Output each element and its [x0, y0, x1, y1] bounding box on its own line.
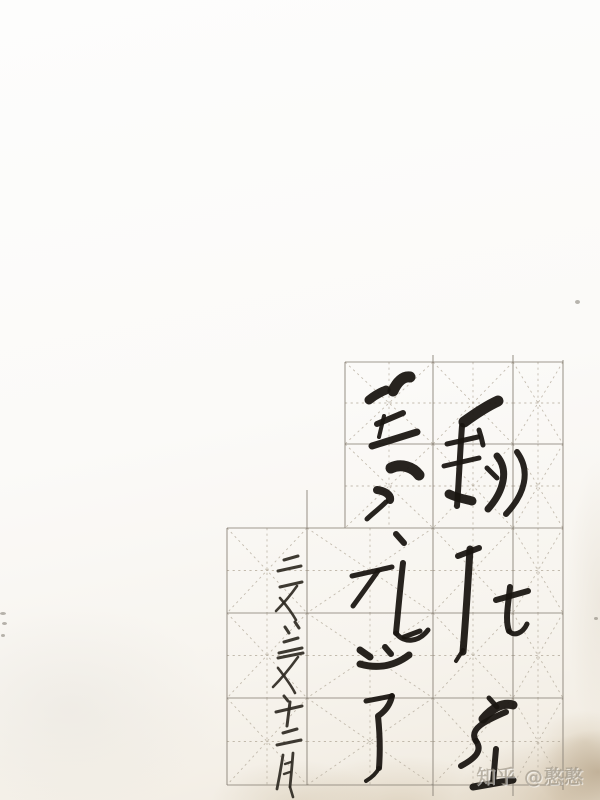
calligraphy-canvas — [0, 0, 600, 800]
date-char-yue — [277, 753, 293, 797]
calligraphy-char-xin — [360, 631, 420, 666]
date-column — [273, 556, 303, 797]
watermark: 知乎 @憨憨 — [476, 762, 584, 789]
paper-speck — [594, 617, 598, 620]
date-char-er-1 — [278, 556, 301, 571]
paper-speck — [1, 634, 5, 637]
paper-speck — [0, 612, 6, 615]
calligraphy-column-right — [444, 401, 528, 787]
paper-speck — [2, 622, 7, 625]
paper-speck — [575, 300, 580, 304]
calligraphy-char-li — [352, 534, 428, 640]
calligraphy-photo: 知乎 @憨憨 — [0, 0, 600, 800]
date-char-ling-1 — [276, 582, 302, 633]
calligraphy-char-shan — [367, 377, 419, 519]
calligraphy-column-middle — [352, 377, 428, 781]
calligraphy-char-zha — [456, 548, 528, 661]
date-char-ling-2 — [273, 653, 303, 701]
grid-cell-borders — [227, 355, 563, 796]
date-char-shi — [276, 702, 302, 726]
date-char-er-2 — [279, 638, 302, 653]
date-char-er-3 — [277, 729, 301, 745]
